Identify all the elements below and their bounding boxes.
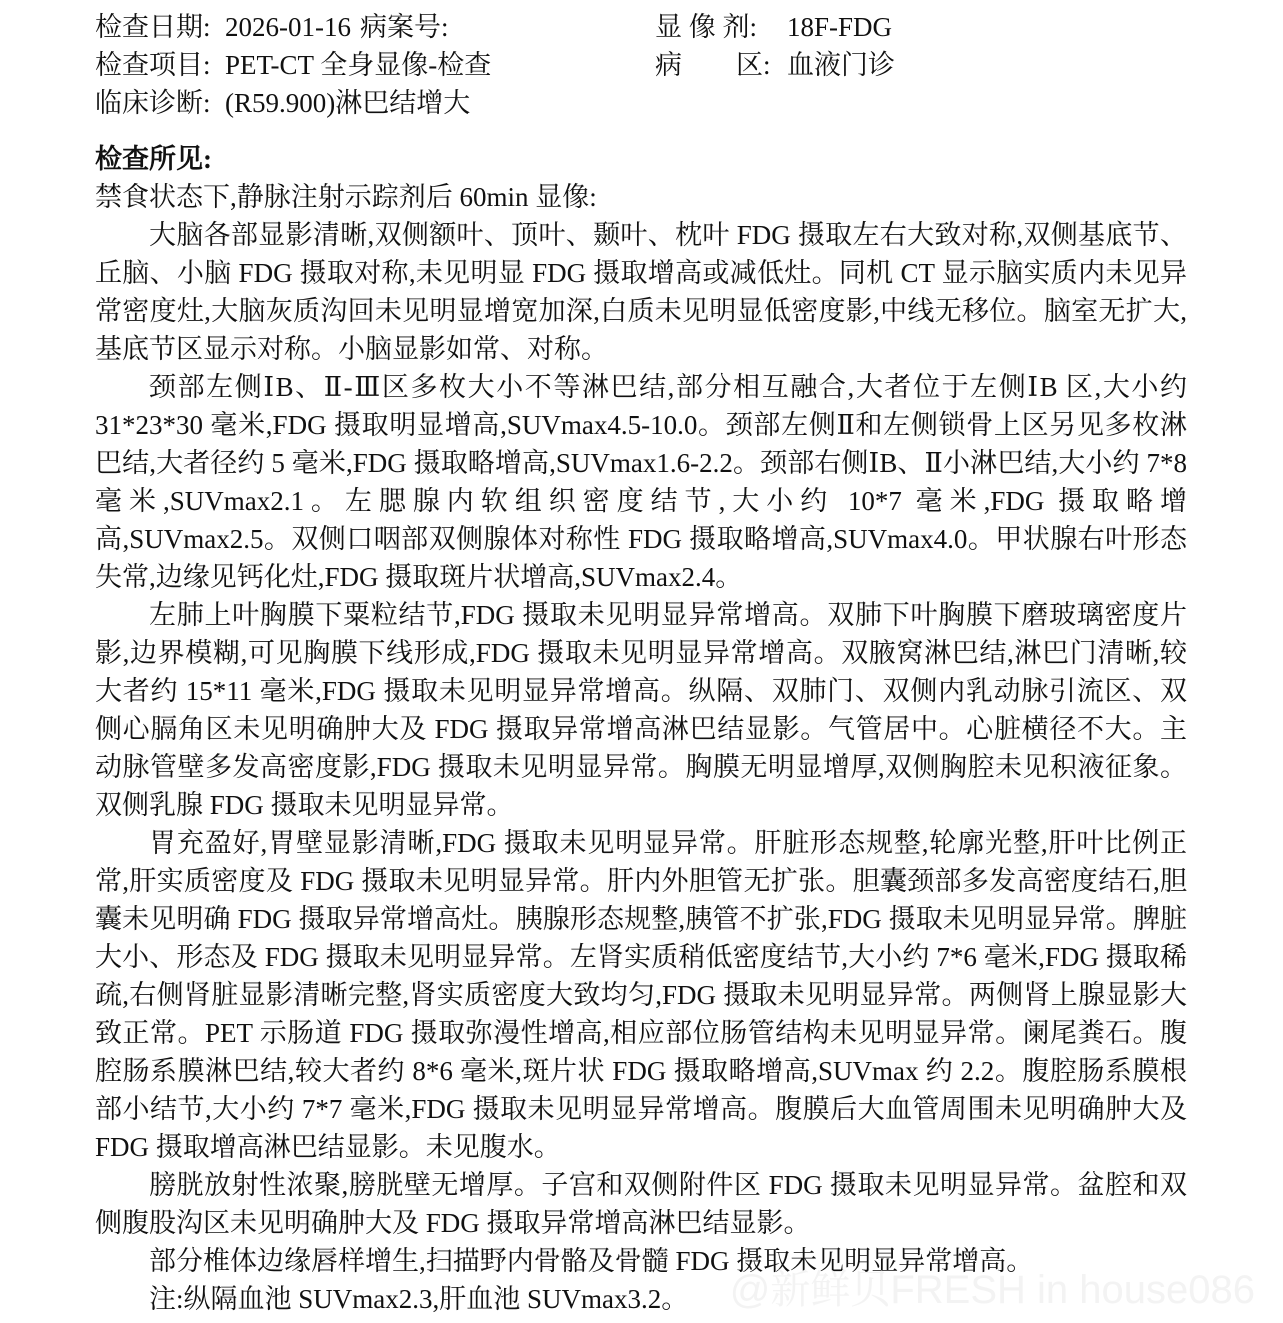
ward-label: 病 区: — [655, 46, 771, 84]
findings-section: 检查所见: 禁食状态下,静脉注射示踪剂后 60min 显像: 大脑各部显影清晰,… — [95, 140, 1187, 1318]
report-header: 检查日期: 2026-01-16 病案号: 显 像 剂: 18F-FDG 检查项… — [95, 8, 1187, 126]
exam-item-value: PET-CT 全身显像-检查 — [225, 46, 491, 84]
tracer-value: 18F-FDG — [787, 8, 892, 46]
exam-date-value: 2026-01-16 — [225, 8, 351, 46]
case-number-label: 病案号: — [360, 8, 449, 46]
clinical-diagnosis-label: 临床诊断: — [95, 84, 211, 122]
watermark: @新鲜贝FRESH in house086 — [730, 1271, 1255, 1309]
paragraph-pelvis: 膀胱放射性浓聚,膀胱壁无增厚。子宫和双侧附件区 FDG 摄取未见明显异常。盆腔和… — [95, 1166, 1187, 1242]
exam-item-label: 检查项目: — [95, 46, 211, 84]
paragraph-brain: 大脑各部显影清晰,双侧额叶、顶叶、颞叶、枕叶 FDG 摄取左右大致对称,双侧基底… — [95, 216, 1187, 368]
findings-section-title: 检查所见: — [95, 140, 1187, 178]
findings-intro-line: 禁食状态下,静脉注射示踪剂后 60min 显像: — [95, 178, 1187, 216]
paragraph-abdomen: 胃充盈好,胃壁显影清晰,FDG 摄取未见明显异常。肝脏形态规整,轮廓光整,肝叶比… — [95, 824, 1187, 1166]
paragraph-neck-lymph-nodes: 颈部左侧ⅠB、Ⅱ-Ⅲ区多枚大小不等淋巴结,部分相互融合,大者位于左侧ⅠB 区,大… — [95, 368, 1187, 596]
pet-ct-report-page: 检查日期: 2026-01-16 病案号: 显 像 剂: 18F-FDG 检查项… — [0, 0, 1283, 1323]
ward-value: 血液门诊 — [787, 46, 895, 84]
clinical-diagnosis-value: (R59.900)淋巴结增大 — [225, 84, 470, 122]
exam-date-label: 检查日期: — [95, 8, 211, 46]
tracer-label: 显 像 剂: — [655, 8, 757, 46]
paragraph-chest: 左肺上叶胸膜下粟粒结节,FDG 摄取未见明显异常增高。双肺下叶胸膜下磨玻璃密度片… — [95, 596, 1187, 824]
